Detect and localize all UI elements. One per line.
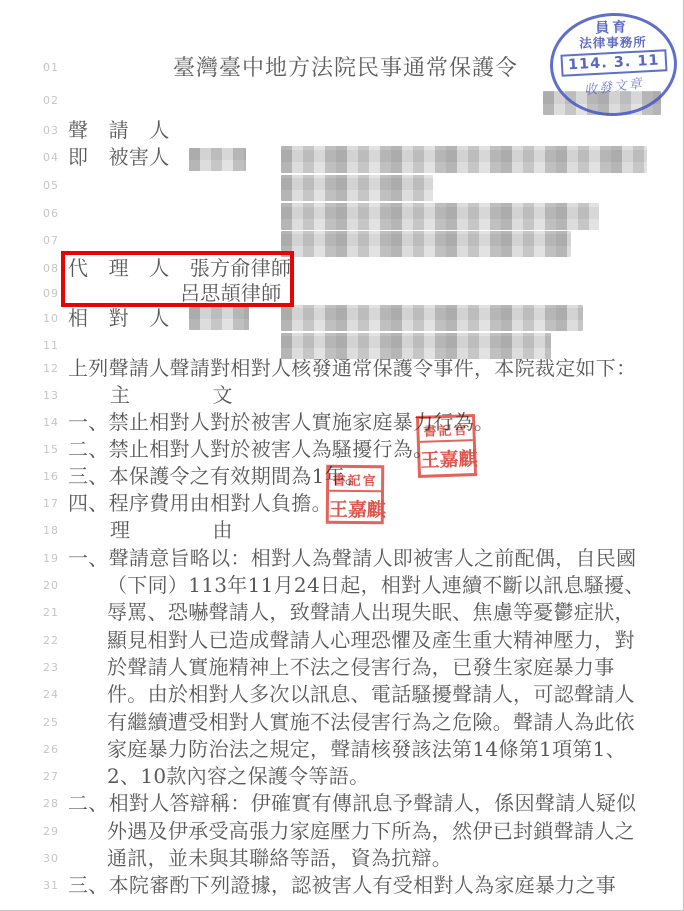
redaction-block [281,146,647,173]
line-text: 理 由 [110,517,233,543]
line-number: 18 [43,524,59,537]
line-text: 家庭暴力防治法之規定，聲請核發該法第14條第1項第1、 [107,736,626,762]
document-line-29: 29外遇及伊承受高張力家庭壓力下所為，然伊已封鎖聲請人之 [0,818,684,844]
document-line-27: 272、10款內容之保護令等語。 [0,763,684,789]
line-number: 01 [43,61,59,74]
clerk-stamp-title: 書記官 [419,417,473,443]
line-number: 20 [43,579,59,592]
line-number: 28 [43,797,59,810]
line-text: 有繼續遭受相對人實施不法侵害行為之危險。聲請人為此依 [107,709,635,735]
document-line-03: 03聲 請 人 [0,117,684,143]
document-line-22: 22顯見相對人已造成聲請人心理恐懼及產生重大精神壓力，對 [0,627,684,653]
line-number: 07 [43,234,59,247]
document-line-19: 19一、聲請意旨略以：相對人為聲請人即被害人之前配偶，自民國 [0,545,684,571]
redaction-block [281,231,571,257]
line-number: 17 [43,497,59,510]
line-text: 於聲請人實施精神上不法之侵害行為，已發生家庭暴力事 [107,654,615,680]
redaction-block [281,203,599,230]
redaction-block [189,148,246,171]
court-order-document-page: 臺灣臺中地方法院民事通常保護令 010203聲 請 人04即 被害人050607… [0,0,684,911]
line-number: 25 [43,716,59,729]
line-number: 09 [43,287,59,300]
clerk-seal-stamp: 書記官 王嘉麒 [416,414,477,478]
line-text: 即 被害人 [68,144,170,170]
office-stamp-bottom-text: 收發文章 [583,72,645,98]
line-text: 顯見相對人已造成聲請人心理恐懼及產生重大精神壓力，對 [107,627,635,653]
line-number: 31 [43,879,59,892]
line-number: 03 [43,124,59,137]
line-number: 26 [43,743,59,756]
clerk-stamp-name: 王嘉麒 [420,441,474,473]
line-number: 11 [43,339,59,352]
line-number: 05 [43,179,59,192]
line-number: 15 [43,443,59,456]
document-line-25: 25有繼續遭受相對人實施不法侵害行為之危險。聲請人為此依 [0,709,684,735]
line-text: 二、禁止相對人對於被害人為騷擾行為。 [68,436,433,462]
redaction-block [281,333,551,359]
document-line-31: 31三、本院審酌下列證據，認被害人有受相對人為家庭暴力之事 [0,872,684,898]
document-line-30: 30通訊，並未與其聯絡等語，資為抗辯。 [0,845,684,871]
line-text: 通訊，並未與其聯絡等語，資為抗辯。 [107,845,452,871]
line-number: 23 [43,661,59,674]
line-number: 22 [43,634,59,647]
line-number: 10 [43,312,59,325]
line-text: 辱罵、恐嚇聲請人，致聲請人出現失眠、焦慮等憂鬱症狀， [107,599,635,625]
redaction-block [189,307,249,330]
document-line-14: 14一、禁止相對人對於被害人實施家庭暴力行為。 [0,409,684,435]
line-text: 一、聲請意旨略以：相對人為聲請人即被害人之前配偶，自民國 [68,545,636,571]
line-text: 三、本保護令之有效期間為1年。 [68,463,365,489]
line-number: 14 [43,416,59,429]
line-number: 27 [43,770,59,783]
line-number: 06 [43,207,59,220]
line-text: 三、本院審酌下列證據，認被害人有受相對人為家庭暴力之事 [68,872,616,898]
line-text: 四、程序費用由相對人負擔。 [68,490,332,516]
document-line-24: 24件。由於相對人多次以訊息、電話騷擾聲請人，可認聲請人 [0,681,684,707]
document-line-15: 15二、禁止相對人對於被害人為騷擾行為。 [0,436,684,462]
office-stamp-org-line2: 法律事務所 [579,35,647,50]
document-line-23: 23於聲請人實施精神上不法之侵害行為，已發生家庭暴力事 [0,654,684,680]
office-stamp-date-box: 114. 3. 11 [560,49,667,76]
redaction-block [281,175,433,201]
line-number: 19 [43,552,59,565]
clerk-stamp-title: 書記官 [329,468,381,492]
line-text: 主 文 [110,382,233,408]
clerk-stamp-name: 王嘉麒 [329,492,381,522]
line-number: 13 [43,389,59,402]
document-line-20: 20（下同）113年11月24日起，相對人連續不斷以訊息騷擾、 [0,572,684,598]
line-text: 2、10款內容之保護令等語。 [107,763,369,789]
redaction-block [281,305,583,331]
document-line-28: 28二、相對人答辯稱：伊確實有傳訊息予聲請人，係因聲請人疑似 [0,790,684,816]
line-number: 24 [43,688,59,701]
line-text: 二、相對人答辯稱：伊確實有傳訊息予聲請人，係因聲請人疑似 [68,790,636,816]
line-number: 16 [43,470,59,483]
line-number: 12 [43,362,59,375]
line-number: 21 [43,606,59,619]
line-text: 相 對 人 [68,305,170,331]
line-number: 02 [43,94,59,107]
line-number: 04 [43,151,59,164]
line-text: 外遇及伊承受高張力家庭壓力下所為，然伊已封鎖聲請人之 [107,818,635,844]
line-number: 08 [43,262,59,275]
line-number: 29 [43,825,59,838]
line-number: 30 [43,852,59,865]
document-line-21: 21辱罵、恐嚇聲請人，致聲請人出現失眠、焦慮等憂鬱症狀， [0,599,684,625]
document-line-13: 13主 文 [0,382,684,408]
line-text: 聲 請 人 [68,117,170,143]
document-line-26: 26家庭暴力防治法之規定，聲請核發該法第14條第1項第1、 [0,736,684,762]
highlight-box [61,251,294,307]
line-text: 件。由於相對人多次以訊息、電話騷擾聲請人，可認聲請人 [107,681,635,707]
line-text: （下同）113年11月24日起，相對人連續不斷以訊息騷擾、 [107,572,645,598]
clerk-seal-stamp: 書記官 王嘉麒 [326,465,385,525]
